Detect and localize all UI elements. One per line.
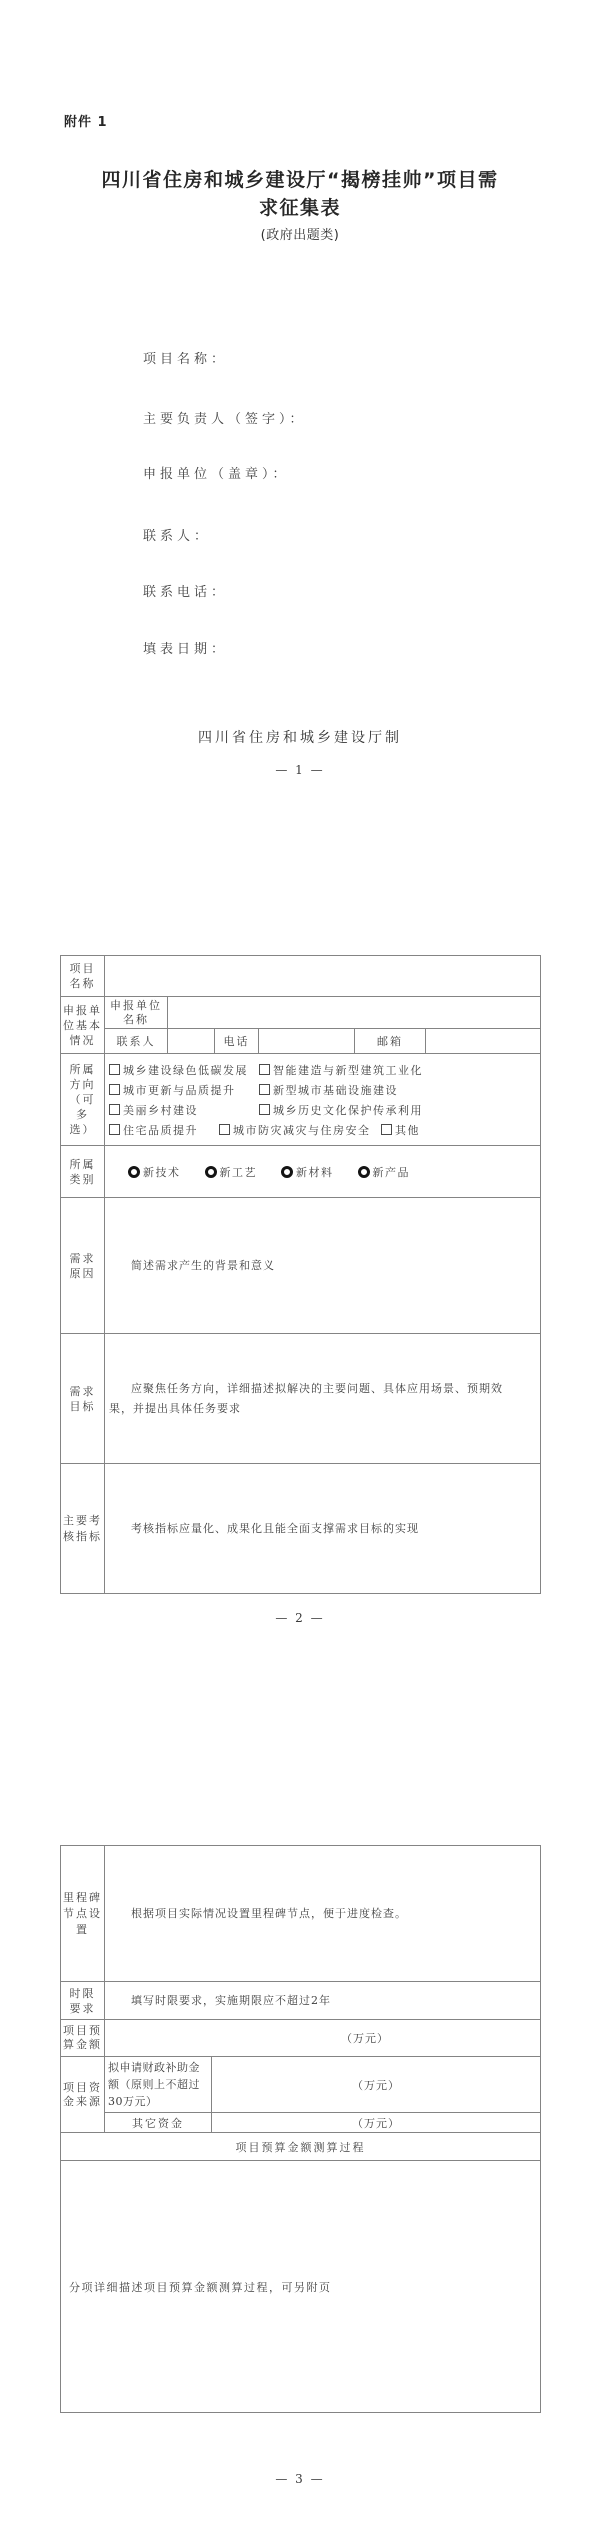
category-option: 新产品 [358, 1164, 411, 1180]
category-option-label: 新工艺 [220, 1164, 258, 1180]
category-option: 新材料 [281, 1164, 334, 1180]
project-name-value-cell [105, 956, 541, 997]
direction-option-label: 城乡历史文化保护传承利用 [273, 1102, 423, 1118]
calc-header: 项目预算金额测算过程 [61, 2133, 541, 2161]
goal-label: 需求 目标 [61, 1334, 105, 1464]
checkbox-icon [109, 1084, 120, 1095]
checkbox-icon [109, 1104, 120, 1115]
radio-icon [205, 1166, 217, 1178]
direction-option: 城市更新与品质提升 [109, 1082, 259, 1098]
row-project-name: 项目 名称 [61, 956, 541, 997]
direction-option: 新型城市基础设施建设 [259, 1082, 398, 1098]
row-direction: 所属 方向 （可 多 选） 城乡建设绿色低碳发展 智能建造与新型建筑工业化 城市… [61, 1054, 541, 1146]
deadline-cell: 填写时限要求，实施期限应不超过2年 [105, 1982, 541, 2020]
direction-option: 城乡建设绿色低碳发展 [109, 1062, 259, 1078]
email-label: 邮箱 [355, 1029, 426, 1054]
deadline-hint: 填写时限要求，实施期限应不超过2年 [105, 1991, 345, 2011]
milestone-label: 里程碑 节点设 置 [61, 1846, 105, 1982]
direction-option-label: 城乡建设绿色低碳发展 [123, 1062, 248, 1078]
row-calc-header: 项目预算金额测算过程 [61, 2133, 541, 2161]
page-number-1: — 1 — [0, 763, 600, 777]
calc-hint: 分项详细描述项目预算金额测算过程，可另附页 [61, 2279, 332, 2295]
direction-option: 美丽乡村建设 [109, 1102, 259, 1118]
category-option: 新工艺 [205, 1164, 258, 1180]
unit-name-value-cell [168, 997, 541, 1029]
checkbox-icon [259, 1084, 270, 1095]
goal-cell: 应聚焦任务方向，详细描述拟解决的主要问题、具体应用场景、预期效果，并提出具体任务… [105, 1334, 541, 1464]
budget-form-table: 里程碑 节点设 置 根据项目实际情况设置里程碑节点，便于进度检查。 时限 要求 … [60, 1845, 541, 2413]
kpi-cell: 考核指标应量化、成果化且能全面支撑需求目标的实现 [105, 1464, 541, 1594]
reason-hint: 简述需求产生的背景和意义 [105, 1256, 289, 1276]
row-deadline: 时限 要求 填写时限要求，实施期限应不超过2年 [61, 1982, 541, 2020]
direction-options-cell: 城乡建设绿色低碳发展 智能建造与新型建筑工业化 城市更新与品质提升 新型城市基础… [105, 1054, 541, 1146]
radio-icon [128, 1166, 140, 1178]
direction-option-label: 美丽乡村建设 [123, 1102, 198, 1118]
funding-other-amount-cell: （万元） [212, 2113, 541, 2133]
direction-option-label: 新型城市基础设施建设 [273, 1082, 398, 1098]
funding-other-label: 其它资金 [105, 2113, 212, 2133]
radio-icon [281, 1166, 293, 1178]
milestone-hint: 根据项目实际情况设置里程碑节点，便于进度检查。 [105, 1904, 421, 1924]
cover-field-contact: 联系人： [143, 525, 211, 544]
page-number-2: — 2 — [0, 1611, 600, 1625]
category-option-label: 新材料 [296, 1164, 334, 1180]
cover-field-project-name: 项目名称： [143, 348, 228, 367]
row-budget: 项目预 算金额 （万元） [61, 2020, 541, 2057]
attachment-label: 附件 1 [64, 111, 108, 130]
funding-subsidy-label: 拟申请财政补助金额（原则上不超过30万元） [105, 2057, 212, 2113]
direction-line-2: 城市更新与品质提升 新型城市基础设施建设 [109, 1080, 540, 1100]
phone-label: 电话 [215, 1029, 259, 1054]
cover-field-declaring-unit: 申报单位（盖章）： [143, 463, 290, 482]
row-goal: 需求 目标 应聚焦任务方向，详细描述拟解决的主要问题、具体应用场景、预期效果，并… [61, 1334, 541, 1464]
unit-name-label: 申报单位 名称 [105, 997, 168, 1029]
direction-option-label: 城市防灾减灾与住房安全 [233, 1122, 371, 1138]
category-option-label: 新技术 [143, 1164, 181, 1180]
budget-label: 项目预 算金额 [61, 2020, 105, 2057]
row-kpi: 主要考 核指标 考核指标应量化、成果化且能全面支撑需求目标的实现 [61, 1464, 541, 1594]
direction-option-label: 城市更新与品质提升 [123, 1082, 236, 1098]
direction-option: 智能建造与新型建筑工业化 [259, 1062, 423, 1078]
contact-label: 联系人 [105, 1029, 168, 1054]
direction-option: 城乡历史文化保护传承利用 [259, 1102, 423, 1118]
row-milestone: 里程碑 节点设 置 根据项目实际情况设置里程碑节点，便于进度检查。 [61, 1846, 541, 1982]
direction-label: 所属 方向 （可 多 选） [61, 1054, 105, 1146]
row-calc-body: 分项详细描述项目预算金额测算过程，可另附页 [61, 2161, 541, 2413]
email-value-cell [426, 1029, 541, 1054]
unit-info-label: 申报单 位基本 情况 [61, 997, 105, 1054]
checkbox-icon [381, 1124, 392, 1135]
category-options-cell: 新技术 新工艺 新材料 新产品 [105, 1146, 541, 1198]
direction-line-4: 住宅品质提升 城市防灾减灾与住房安全 其他 [109, 1120, 540, 1140]
row-reason: 需求 原因 简述需求产生的背景和意义 [61, 1198, 541, 1334]
phone-value-cell [259, 1029, 355, 1054]
checkbox-icon [109, 1064, 120, 1075]
direction-option: 其他 [381, 1122, 420, 1138]
cover-field-date: 填表日期： [143, 638, 228, 657]
demand-form-table: 项目 名称 申报单 位基本 情况 申报单位 名称 联系人 电话 邮箱 所属 方向… [60, 955, 541, 1594]
contact-value-cell [168, 1029, 215, 1054]
milestone-cell: 根据项目实际情况设置里程碑节点，便于进度检查。 [105, 1846, 541, 1982]
checkbox-icon [259, 1104, 270, 1115]
direction-line-1: 城乡建设绿色低碳发展 智能建造与新型建筑工业化 [109, 1060, 540, 1080]
budget-amount-cell: （万元） [105, 2020, 541, 2057]
radio-icon [358, 1166, 370, 1178]
direction-line-3: 美丽乡村建设 城乡历史文化保护传承利用 [109, 1100, 540, 1120]
direction-option-label: 其他 [395, 1122, 420, 1138]
direction-option: 住宅品质提升 [109, 1122, 219, 1138]
category-label: 所属 类别 [61, 1146, 105, 1198]
reason-label: 需求 原因 [61, 1198, 105, 1334]
direction-option: 城市防灾减灾与住房安全 [219, 1122, 381, 1138]
page-number-3: — 3 — [0, 2472, 600, 2486]
row-unit-info: 申报单 位基本 情况 申报单位 名称 联系人 电话 邮箱 [61, 997, 541, 1054]
checkbox-icon [259, 1064, 270, 1075]
row-funding: 项目资 金来源 拟申请财政补助金额（原则上不超过30万元） （万元） 其它资金 … [61, 2057, 541, 2133]
kpi-label: 主要考 核指标 [61, 1464, 105, 1594]
kpi-hint: 考核指标应量化、成果化且能全面支撑需求目标的实现 [105, 1519, 433, 1539]
direction-option-label: 住宅品质提升 [123, 1122, 198, 1138]
category-option-label: 新产品 [373, 1164, 411, 1180]
row-category: 所属 类别 新技术 新工艺 新材料 新产品 [61, 1146, 541, 1198]
project-name-label: 项目 名称 [61, 956, 105, 997]
checkbox-icon [219, 1124, 230, 1135]
category-option: 新技术 [128, 1164, 181, 1180]
direction-option-label: 智能建造与新型建筑工业化 [273, 1062, 423, 1078]
issuer-line: 四川省住房和城乡建设厅制 [0, 727, 600, 747]
goal-hint: 应聚焦任务方向，详细描述拟解决的主要问题、具体应用场景、预期效果，并提出具体任务… [105, 1379, 540, 1419]
cover-field-responsible-person: 主要负责人（签字）： [143, 408, 307, 427]
funding-label: 项目资 金来源 [61, 2057, 105, 2133]
document-canvas: { "doc": { "attachment_label": "附件 1", "… [0, 0, 600, 2545]
doc-title: 四川省住房和城乡建设厅“揭榜挂帅”项目需 求征集表 [0, 166, 600, 222]
reason-cell: 简述需求产生的背景和意义 [105, 1198, 541, 1334]
calc-body-cell: 分项详细描述项目预算金额测算过程，可另附页 [61, 2161, 541, 2413]
doc-subtitle: (政府出题类) [0, 224, 600, 243]
deadline-label: 时限 要求 [61, 1982, 105, 2020]
checkbox-icon [109, 1124, 120, 1135]
cover-field-phone: 联系电话： [143, 581, 228, 600]
funding-subsidy-amount-cell: （万元） [212, 2057, 541, 2113]
